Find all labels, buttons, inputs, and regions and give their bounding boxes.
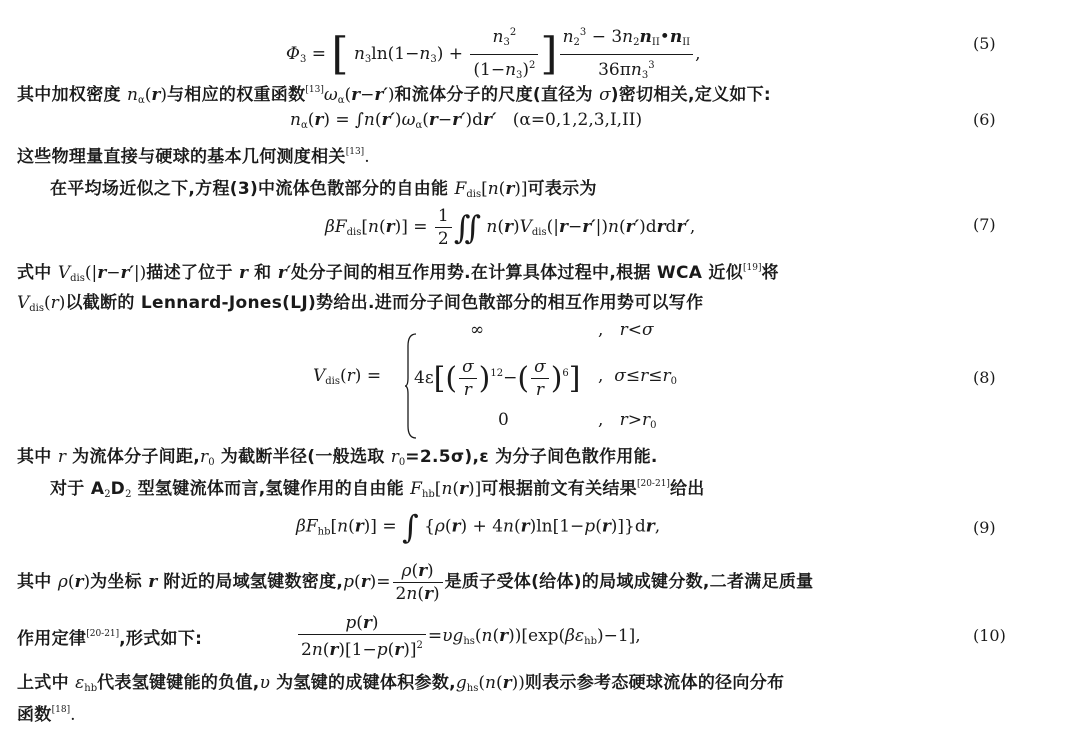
equation-number: (10) xyxy=(973,626,1006,645)
paragraph: 对于 A2D2 型氢键流体而言,氢键作用的自由能 Fhb[n(r)]可根据前文有… xyxy=(50,474,705,500)
case-row: ∞ xyxy=(470,320,484,340)
paragraph: Vdis(r)以截断的 Lennard-Jones(LJ)势给出.进而分子间色散… xyxy=(17,288,703,314)
equation-8-lhs: Vdis(r) = xyxy=(313,366,381,387)
equation-number: (9) xyxy=(973,518,996,537)
equation-7: βFdis[n(r)] = 12∬ n(r)Vdis(|r−r′|)n(r′)d… xyxy=(325,205,695,250)
citation[interactable]: [20-21] xyxy=(637,479,670,489)
paragraph: 其中 r 为流体分子间距,r0 为截断半径(一般选取 r0=2.5σ),ε 为分… xyxy=(17,442,658,468)
equation-10: p(r)2n(r)[1−p(r)]2=υghs(n(r))[exp(βεhb)−… xyxy=(296,612,641,661)
case-condition: , r<σ xyxy=(598,320,654,340)
equation-9: βFhb[n(r)] = ∫ {ρ(r) + 4n(r)ln[1−p(r)]}d… xyxy=(296,508,660,546)
paragraph: 其中加权密度 nα(r)与相应的权重函数[13]ωα(r−r′)和流体分子的尺度… xyxy=(17,80,771,106)
paragraph: 在平均场近似之下,方程(3)中流体色散部分的自由能 Fdis[n(r)]可表示为 xyxy=(50,174,597,200)
equation-number: (7) xyxy=(973,215,996,234)
case-condition: , r>r0 xyxy=(598,410,657,431)
paragraph: 其中 ρ(r)为坐标 r 附近的局域氢键数密度,p(r)=ρ(r)2n(r)是质… xyxy=(17,560,813,605)
paragraph: 这些物理量直接与硬球的基本几何测度相关[13]. xyxy=(17,142,370,167)
paragraph: 函数[18]. xyxy=(17,700,76,725)
citation[interactable]: [13] xyxy=(305,85,323,95)
equation-number: (5) xyxy=(973,34,996,53)
case-row: 4ε[(σr)12−(σr)6] xyxy=(414,356,581,401)
citation[interactable]: [13] xyxy=(346,147,364,157)
paragraph: 式中 Vdis(|r−r′|)描述了位于 r 和 r′处分子间的相互作用势.在计… xyxy=(17,258,779,284)
equation-6: nα(r) = ∫n(r′)ωα(r−r′)dr′ (α=0,1,2,3,I,I… xyxy=(290,110,642,131)
case-row: 0 xyxy=(498,410,509,430)
citation[interactable]: [19] xyxy=(743,263,761,273)
citation[interactable]: [20-21] xyxy=(86,629,119,639)
equation-5: Φ3 = [ n3ln(1−n3) + n32(1−n3)2]n23 − 3n2… xyxy=(286,22,701,87)
citation[interactable]: [18] xyxy=(52,705,70,715)
equation-number: (6) xyxy=(973,110,996,129)
case-condition: , σ≤r≤r0 xyxy=(598,366,677,387)
equation-number: (8) xyxy=(973,368,996,387)
paragraph: 上式中 εhb代表氢键键能的负值,υ 为氢键的成键体积参数,ghs(n(r))则… xyxy=(17,668,784,694)
paragraph: 作用定律[20-21],形式如下: xyxy=(17,624,202,649)
